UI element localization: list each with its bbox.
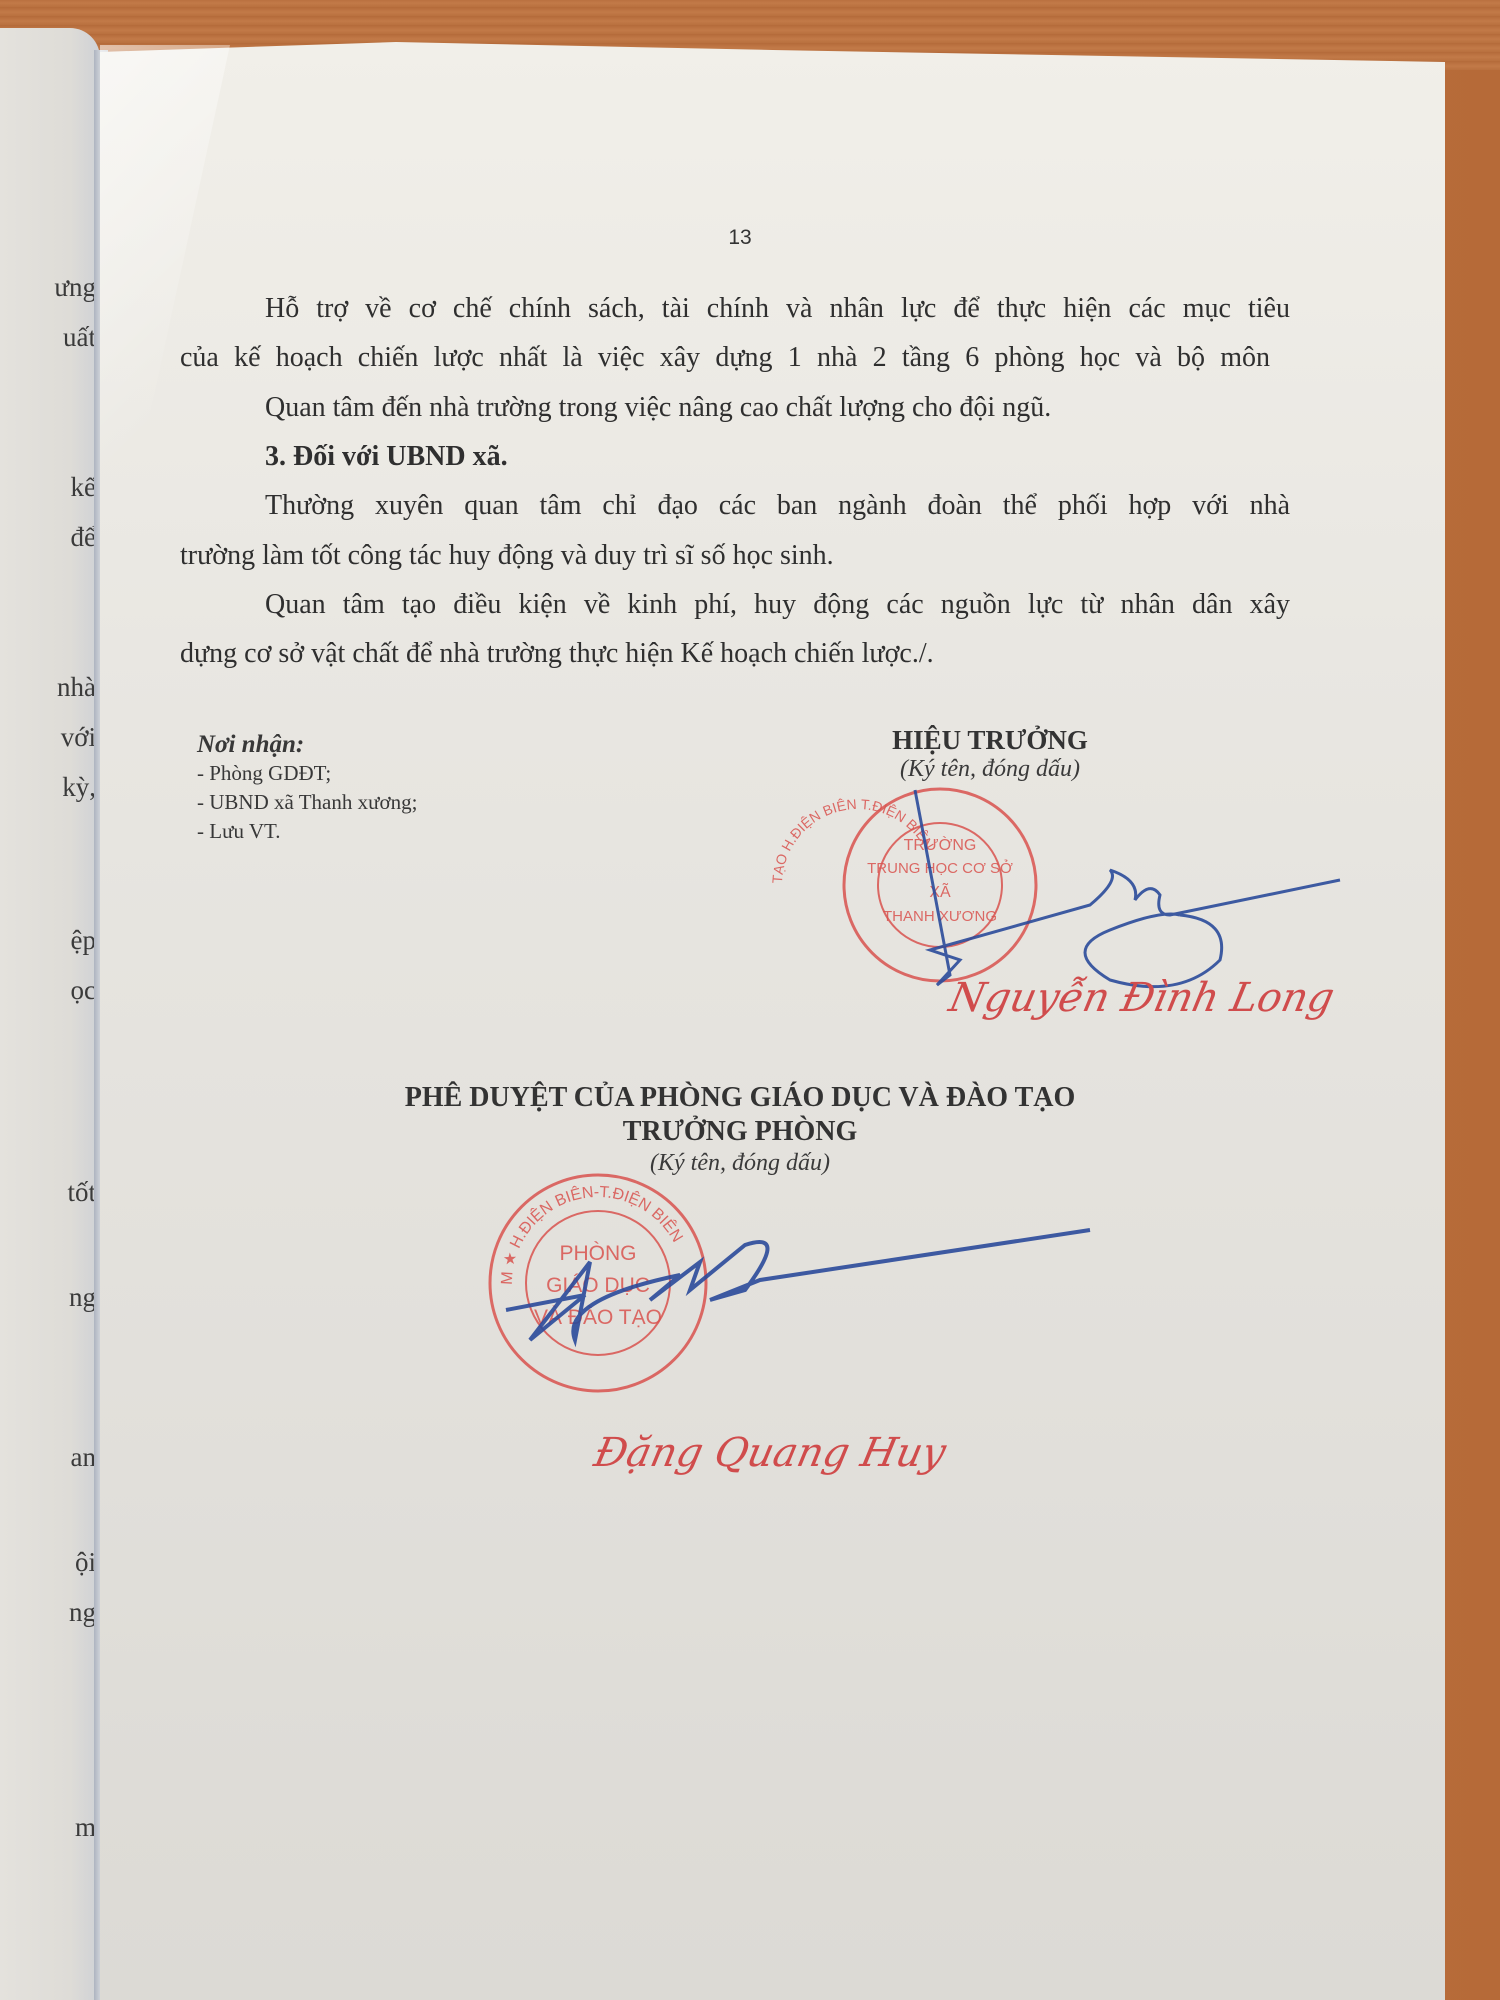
svg-text:CỘNG HÒA X.H.C.N VIỆT NAM ★ H.: CỘNG HÒA X.H.C.N VIỆT NAM ★ H.ĐIỆN BIÊN-… [0, 0, 686, 1285]
principal-signature [915, 790, 1340, 987]
principal-name: Nguyễn Đình Long [945, 975, 1338, 1021]
svg-text:TRUNG HỌC CƠ SỞ: TRUNG HỌC CƠ SỞ [867, 859, 1013, 877]
svg-text:PHÒNG: PHÒNG [559, 1242, 636, 1265]
svg-text:TRƯỜNG: TRƯỜNG [904, 835, 977, 854]
document-content: 13 Hỗ trợ về cơ chế chính sách, tài chín… [0, 0, 1500, 2000]
school-stamp-ring-text: PHÒNG GIÁO DỤC VÀ ĐÀO TẠO H.ĐIỆN BIÊN T.… [0, 0, 937, 884]
department-head-name: Đặng Quang Huy [590, 1430, 950, 1476]
